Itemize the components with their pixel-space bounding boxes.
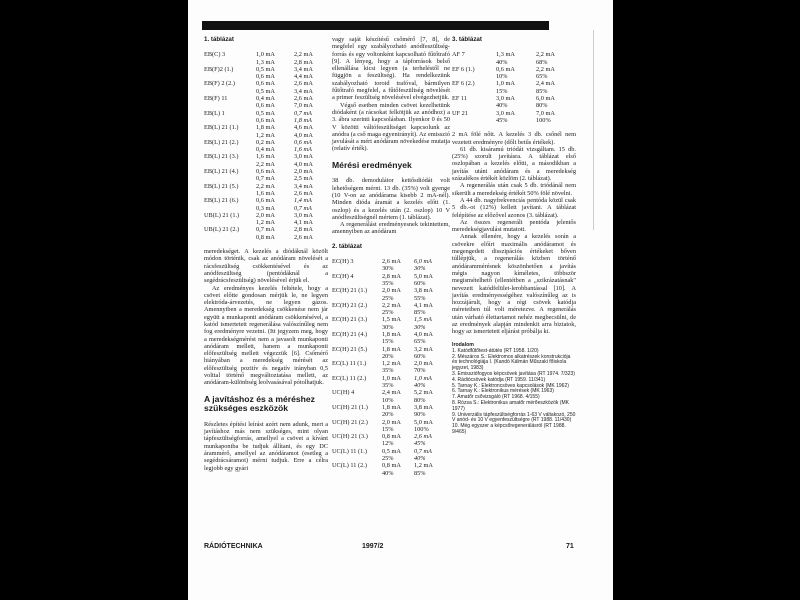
table-row: 30%30% (332, 324, 433, 331)
table-row: EB(F)2 (1.)0,5 mA3,4 mA (204, 66, 313, 73)
table-cell: 3,4 mA (294, 66, 313, 73)
table-cell: 40% (496, 59, 536, 66)
paragraph: Végső esetben minden csövet kezelhetünk … (332, 102, 450, 153)
table-row: EB(L) 21 (5.)2,2 mA3,4 mA (204, 183, 313, 190)
table-row: 15%100% (332, 426, 433, 433)
table-cell: 0,6 mA (256, 197, 294, 204)
table-cell: UC(L) 11 (1.) (332, 448, 382, 455)
table-cell: EB(F) 2 (2.) (204, 80, 256, 87)
table-cell: 1,8 mA (382, 331, 414, 338)
table-2: EC(H) 32,6 mA6,0 mA30%30%EC(H) 42,8 mA5,… (332, 258, 433, 477)
table-cell (332, 280, 382, 287)
table-cell: EC(L) 11 (1.) (332, 360, 382, 367)
scan-edge-line (593, 30, 594, 230)
table-row: UC(L) 11 (1.)0,5 mA0,7 mA (332, 448, 433, 455)
table-cell: EB(L) 21 (1.) (204, 124, 256, 131)
table-cell: 35% (382, 382, 414, 389)
table-cell: EB(L) 21 (5.) (204, 183, 256, 190)
table-cell: 2,6 mA (294, 190, 313, 197)
table-cell: 0,7 mA (256, 175, 294, 182)
table-cell: 30% (382, 324, 414, 331)
table-cell: 0,6 mA (294, 139, 313, 146)
table-cell: 20% (382, 411, 414, 418)
table-cell: 2,4 mA (382, 389, 414, 396)
table-cell: UB(L) 21 (2.) (204, 226, 256, 233)
table-row: 40%85% (332, 470, 433, 477)
table-cell: 0,8 mA (382, 433, 414, 440)
table-cell: UC(H) 4 (332, 389, 382, 396)
table-cell (204, 102, 256, 109)
paragraph: 2 mA fölé nőtt. A kezelés 3 db. csőnél n… (452, 131, 576, 146)
table-cell: 2,6 mA (294, 234, 313, 241)
table-row: 15%65% (332, 338, 433, 345)
table-cell: 0,7 mA (294, 205, 313, 212)
table-row: EC(H) 42,8 mA5,0 mA (332, 273, 433, 280)
table-row: UC(H) 21 (2.)2,0 mA5,0 mA (332, 419, 433, 426)
table-cell: EC(H) 21 (5.) (332, 346, 382, 353)
table-1-caption: 1. táblázat (204, 36, 328, 43)
table-cell: 2,4 mA (536, 80, 555, 87)
paragraph: 61 db. kisáramú triódát vizsgáltam. 15 d… (452, 146, 576, 182)
table-row: UC(H) 42,4 mA5,2 mA (332, 389, 433, 396)
table-cell: 60% (414, 353, 433, 360)
table-cell (452, 59, 496, 66)
table-row: EB(L) 21 (4.)0,6 mA2,0 mA (204, 168, 313, 175)
table-row: 0,6 mA4,4 mA (204, 73, 313, 80)
table-cell: 2,6 mA (294, 80, 313, 87)
table-cell: 4,1 mA (294, 219, 313, 226)
table-cell: 10% (496, 73, 536, 80)
table-row: EF 6 (2.)1,0 mA2,4 mA (452, 80, 555, 87)
header-bar (202, 21, 549, 30)
table-cell (452, 102, 496, 109)
table-row: 20%60% (332, 353, 433, 360)
table-cell (332, 338, 382, 345)
table-cell: EB(L) 21 (2.) (204, 139, 256, 146)
table-cell: 80% (414, 397, 433, 404)
table-cell: 2,0 mA (256, 212, 294, 219)
table-cell: 4,1 mA (414, 302, 433, 309)
table-cell: 2,2 mA (536, 66, 555, 73)
table-row: EB(L) 10,5 mA0,7 mA (204, 110, 313, 117)
table-cell (204, 88, 256, 95)
table-cell: 1,0 mA (256, 51, 294, 58)
table-row: EB(L) 21 (3.)1,6 mA3,0 mA (204, 153, 313, 160)
table-cell: 45% (414, 440, 433, 447)
table-cell (452, 117, 496, 124)
table-cell: 10% (382, 397, 414, 404)
paragraph: Az eredményes kezelés feltétele, hogy a … (204, 285, 328, 387)
reference-item: 10. Még egyszer a képcsőregenerálásról (… (452, 424, 576, 436)
table-row: EB(F) 110,4 mA2,6 mA (204, 95, 313, 102)
table-cell: EB(L) 21 (4.) (204, 168, 256, 175)
table-cell: 1,8 mA (256, 124, 294, 131)
table-cell: 40% (496, 102, 536, 109)
table-cell: 1,8 mA (382, 346, 414, 353)
table-cell: 1,8 mA (294, 117, 313, 124)
table-cell: 1,0 mA (496, 80, 536, 87)
magazine-page: 1. táblázat EB(C) 31,0 mA2,2 mA1,3 mA2,8… (188, 0, 613, 600)
table-cell (204, 132, 256, 139)
table-cell: 100% (536, 117, 555, 124)
table-row: 0,8 mA2,6 mA (204, 234, 313, 241)
table-cell: 40% (414, 455, 433, 462)
table-cell: 85% (536, 88, 555, 95)
table-cell: 3,4 mA (294, 88, 313, 95)
table-cell: 25% (382, 295, 414, 302)
table-cell: 0,7 mA (256, 226, 294, 233)
table-cell: 35% (382, 367, 414, 374)
table-cell (204, 175, 256, 182)
table-row: 35%60% (332, 280, 433, 287)
table-cell (452, 73, 496, 80)
table-cell (204, 117, 256, 124)
table-cell (332, 440, 382, 447)
table-row: 1,6 mA2,6 mA (204, 190, 313, 197)
table-cell: EC(H) 21 (2.) (332, 302, 382, 309)
table-cell: 55% (414, 295, 433, 302)
table-cell: 40% (382, 470, 414, 477)
table-cell (204, 73, 256, 80)
table-cell: 0,5 mA (256, 110, 294, 117)
table-3: AF 71,3 mA2,2 mA40%68%EF 6 (1.)0,6 mA2,2… (452, 51, 555, 124)
table-cell: 3,8 mA (414, 404, 433, 411)
column-2: vagy saját készítésű csőmérő [7, 8], de … (332, 36, 450, 477)
table-cell: 0,3 mA (256, 205, 294, 212)
table-row: EB(F) 2 (2.)0,6 mA2,6 mA (204, 80, 313, 87)
table-cell (332, 455, 382, 462)
table-cell: 0,6 mA (496, 66, 536, 73)
table-cell: 0,8 mA (256, 234, 294, 241)
table-row: AF 71,3 mA2,2 mA (452, 51, 555, 58)
table-cell: 2,0 mA (414, 360, 433, 367)
table-cell: 4,0 mA (294, 161, 313, 168)
table-row: 40%80% (452, 102, 555, 109)
table-cell: UC(H) 21 (1.) (332, 404, 382, 411)
table-cell: 0,2 mA (256, 139, 294, 146)
table-cell: EC(L) 11 (2.) (332, 375, 382, 382)
reference-item: 2. Mészáros S.: Elektromos alkatrészek k… (452, 355, 576, 372)
table-cell: 2,8 mA (382, 273, 414, 280)
table-cell: 80% (536, 102, 555, 109)
table-cell: EC(H) 3 (332, 258, 382, 265)
table-cell: EB(L) 1 (204, 110, 256, 117)
table-cell: 85% (414, 309, 433, 316)
table-cell: EC(H) 21 (1.) (332, 287, 382, 294)
table-cell: 2,8 mA (294, 59, 313, 66)
table-row: EC(L) 11 (2.)1,0 mA1,0 mA (332, 375, 433, 382)
magazine-name: RÁDIÓTECHNIKA (204, 543, 263, 550)
paragraph: meredekséget. A kezelés a diódáknál közö… (204, 248, 328, 284)
table-cell (332, 397, 382, 404)
table-row: 15%85% (452, 88, 555, 95)
table-cell: 70% (414, 367, 433, 374)
table-cell: 40% (414, 382, 433, 389)
table-cell: 1,6 mA (256, 153, 294, 160)
table-cell (332, 265, 382, 272)
table-cell: 2,2 mA (256, 183, 294, 190)
table-row: 25%85% (332, 309, 433, 316)
table-row: 0,6 mA7,0 mA (204, 102, 313, 109)
table-cell: EF 6 (2.) (452, 80, 496, 87)
table-cell: 0,8 mA (382, 462, 414, 469)
table-2-caption: 2. táblázat (332, 243, 450, 250)
section-heading: Mérési eredmények (332, 161, 450, 171)
table-row: 1,2 mA4,1 mA (204, 219, 313, 226)
table-cell: EC(H) 21 (3.) (332, 316, 382, 323)
table-cell: 60% (414, 280, 433, 287)
table-cell: 30% (414, 324, 433, 331)
table-cell: 25% (382, 455, 414, 462)
table-row: 25%55% (332, 295, 433, 302)
table-cell: 0,5 mA (382, 448, 414, 455)
column-3: 3. táblázat AF 71,3 mA2,2 mA40%68%EF 6 (… (452, 36, 576, 436)
table-row: 35%70% (332, 367, 433, 374)
table-cell: 20% (382, 353, 414, 360)
table-row: EB(L) 21 (6.)0,6 mA1,4 mA (204, 197, 313, 204)
table-cell: 0,6 mA (256, 117, 294, 124)
table-cell: 2,2 mA (536, 51, 555, 58)
table-cell (204, 161, 256, 168)
table-cell: 3,4 mA (294, 183, 313, 190)
table-cell: 90% (414, 411, 433, 418)
table-cell: 4,0 mA (294, 132, 313, 139)
table-cell: 2,5 mA (294, 175, 313, 182)
paragraph: A regenerálás után csak 5 db. triódánál … (452, 182, 576, 197)
table-cell: UC(L) 11 (2.) (332, 462, 382, 469)
table-cell: 4,4 mA (294, 73, 313, 80)
table-cell: 2,6 mA (294, 95, 313, 102)
table-row: 45%100% (452, 117, 555, 124)
table-cell: UF 21 (452, 110, 496, 117)
table-cell: 1,2 mA (382, 360, 414, 367)
table-cell: 45% (496, 117, 536, 124)
table-cell: 1,3 mA (496, 51, 536, 58)
paragraph: vagy saját készítésű csőmérő [7, 8], de … (332, 36, 450, 102)
table-cell (332, 426, 382, 433)
table-row: EB(L) 21 (1.)1,8 mA4,6 mA (204, 124, 313, 131)
table-row: 0,7 mA2,5 mA (204, 175, 313, 182)
table-cell: 1,5 mA (414, 316, 433, 323)
table-row: EC(H) 21 (1.)2,0 mA3,8 mA (332, 287, 433, 294)
table-1: EB(C) 31,0 mA2,2 mA1,3 mA2,8 mAEB(F)2 (1… (204, 51, 313, 241)
table-cell: 0,4 mA (256, 95, 294, 102)
table-cell (332, 382, 382, 389)
table-row: EC(H) 32,6 mA6,0 mA (332, 258, 433, 265)
table-cell: 2,2 mA (294, 51, 313, 58)
table-cell: 0,6 mA (256, 102, 294, 109)
table-cell: 1,4 mA (294, 197, 313, 204)
table-cell: 65% (536, 73, 555, 80)
paragraph: Az összes regenerált pentóda jelentős me… (452, 219, 576, 234)
table-row: EB(C) 31,0 mA2,2 mA (204, 51, 313, 58)
table-cell: 15% (382, 338, 414, 345)
table-cell: 2,6 mA (382, 258, 414, 265)
table-row: EC(H) 21 (3.)1,5 mA1,5 mA (332, 316, 433, 323)
table-cell: EF 11 (452, 95, 496, 102)
table-cell (332, 324, 382, 331)
table-cell: 2,0 mA (382, 287, 414, 294)
table-cell (204, 146, 256, 153)
table-cell: 85% (414, 470, 433, 477)
table-cell (332, 309, 382, 316)
table-row: 1,3 mA2,8 mA (204, 59, 313, 66)
table-cell: 1,6 mA (294, 146, 313, 153)
table-cell (204, 59, 256, 66)
table-row: EF 113,0 mA6,0 mA (452, 95, 555, 102)
table-row: 1,2 mA4,0 mA (204, 132, 313, 139)
table-cell: 25% (382, 309, 414, 316)
table-row: EC(L) 11 (1.)1,2 mA2,0 mA (332, 360, 433, 367)
table-cell: 0,4 mA (256, 146, 294, 153)
table-cell: 65% (414, 338, 433, 345)
table-cell: 2,6 mA (414, 433, 433, 440)
table-row: 12%45% (332, 440, 433, 447)
table-cell: 6,0 mA (414, 258, 433, 265)
table-cell: 100% (414, 426, 433, 433)
table-cell: 0,6 mA (256, 168, 294, 175)
table-row: 35%40% (332, 382, 433, 389)
table-row: 40%68% (452, 59, 555, 66)
table-cell: 5,0 mA (414, 273, 433, 280)
table-cell: UC(H) 21 (2.) (332, 419, 382, 426)
column-1: 1. táblázat EB(C) 31,0 mA2,2 mA1,3 mA2,8… (204, 36, 328, 472)
table-cell: 0,5 mA (256, 88, 294, 95)
table-row: UC(H) 21 (3.)0,8 mA2,6 mA (332, 433, 433, 440)
table-row: 30%30% (332, 265, 433, 272)
table-cell: 0,6 mA (256, 73, 294, 80)
table-row: 0,4 mA1,6 mA (204, 146, 313, 153)
paragraph: Annak ellenére, hogy a kezelés során a c… (452, 233, 576, 335)
table-cell: 1,2 mA (256, 132, 294, 139)
table-cell: EB(C) 3 (204, 51, 256, 58)
table-cell (332, 411, 382, 418)
table-row: 0,3 mA0,7 mA (204, 205, 313, 212)
table-cell (332, 353, 382, 360)
table-cell: 1,0 mA (414, 375, 433, 382)
table-cell: 2,2 mA (382, 302, 414, 309)
table-cell: 0,7 mA (294, 110, 313, 117)
table-row: 0,5 mA3,4 mA (204, 88, 313, 95)
table-cell: EB(L) 21 (3.) (204, 153, 256, 160)
table-cell: 5,2 mA (414, 389, 433, 396)
table-cell: 3,0 mA (294, 212, 313, 219)
table-cell: 0,6 mA (256, 80, 294, 87)
table-row: EC(H) 21 (2.)2,2 mA4,1 mA (332, 302, 433, 309)
table-cell: 3,0 mA (496, 110, 536, 117)
table-cell: 2,0 mA (294, 168, 313, 175)
table-cell: 68% (536, 59, 555, 66)
table-cell: EC(H) 21 (4.) (332, 331, 382, 338)
table-cell: 1,2 mA (414, 462, 433, 469)
reference-item: 8. Rózsa S.: Elektronikus amatőr mérőesz… (452, 401, 576, 413)
table-cell: 1,0 mA (382, 375, 414, 382)
table-cell: 35% (382, 280, 414, 287)
table-row: 10%65% (452, 73, 555, 80)
table-cell: UB(L) 21 (1.) (204, 212, 256, 219)
table-cell: AF 7 (452, 51, 496, 58)
table-row: 0,6 mA1,8 mA (204, 117, 313, 124)
table-cell: EB(L) 21 (6.) (204, 197, 256, 204)
references-list: 1. Katódfűtőtest-átütés (RT 1958. 1/20)2… (452, 349, 576, 436)
paragraph: Részletes építési leírást azért nem adun… (204, 421, 328, 472)
table-cell: EC(H) 4 (332, 273, 382, 280)
table-cell: 1,8 mA (382, 404, 414, 411)
table-cell: 6,0 mA (536, 95, 555, 102)
table-row: 25%40% (332, 455, 433, 462)
table-row: UB(L) 21 (1.)2,0 mA3,0 mA (204, 212, 313, 219)
table-cell (332, 470, 382, 477)
table-cell: UC(H) 21 (3.) (332, 433, 382, 440)
table-row: UC(H) 21 (1.)1,8 mA3,8 mA (332, 404, 433, 411)
table-cell: 4,0 mA (414, 331, 433, 338)
paragraph: 38 db. demodulátor kettősdiódát volt leh… (332, 177, 450, 221)
table-cell: 30% (414, 265, 433, 272)
table-row: EF 6 (1.)0,6 mA2,2 mA (452, 66, 555, 73)
table-cell: EF 6 (1.) (452, 66, 496, 73)
table-cell: 7,0 mA (294, 102, 313, 109)
paragraph: A 44 db. nagyfrekvenciás pentóda közül c… (452, 197, 576, 219)
table-cell: 5,0 mA (414, 419, 433, 426)
table-row: EB(L) 21 (2.)0,2 mA0,6 mA (204, 139, 313, 146)
table-cell: 0,7 mA (414, 448, 433, 455)
table-cell: 1,6 mA (256, 190, 294, 197)
table-cell: EB(F)2 (1.) (204, 66, 256, 73)
table-cell (204, 205, 256, 212)
paragraph: A regenerálást eredményesnek tekintettem… (332, 221, 450, 236)
issue-number: 1997/2 (362, 543, 383, 550)
table-cell (332, 295, 382, 302)
table-cell: 15% (382, 426, 414, 433)
section-heading: A javításhoz és a méréshez szükséges esz… (204, 395, 328, 414)
table-cell: 3,0 mA (496, 95, 536, 102)
table-cell: 15% (496, 88, 536, 95)
table-cell: 0,5 mA (256, 66, 294, 73)
table-cell (204, 190, 256, 197)
table-cell (204, 219, 256, 226)
table-cell: EB(F) 11 (204, 95, 256, 102)
table-cell (452, 88, 496, 95)
table-3-caption: 3. táblázat (452, 36, 576, 43)
table-cell: 1,5 mA (382, 316, 414, 323)
table-row: 2,2 mA4,0 mA (204, 161, 313, 168)
table-cell: 3,8 mA (414, 287, 433, 294)
table-row: 20%90% (332, 411, 433, 418)
table-cell: 1,3 mA (256, 59, 294, 66)
table-cell (204, 234, 256, 241)
table-row: UC(L) 11 (2.)0,8 mA1,2 mA (332, 462, 433, 469)
table-cell: 4,6 mA (294, 124, 313, 131)
table-row: UF 213,0 mA7,0 mA (452, 110, 555, 117)
table-cell: 2,0 mA (382, 419, 414, 426)
table-cell: 30% (382, 265, 414, 272)
table-cell: 2,2 mA (256, 161, 294, 168)
page-number: 71 (566, 543, 574, 550)
table-cell: 3,0 mA (294, 153, 313, 160)
table-row: UB(L) 21 (2.)0,7 mA2,8 mA (204, 226, 313, 233)
table-row: EC(H) 21 (5.)1,8 mA3,2 mA (332, 346, 433, 353)
table-cell: 3,2 mA (414, 346, 433, 353)
table-cell: 7,0 mA (536, 110, 555, 117)
table-cell: 12% (382, 440, 414, 447)
table-row: 10%80% (332, 397, 433, 404)
table-cell: 2,8 mA (294, 226, 313, 233)
table-cell: 1,2 mA (256, 219, 294, 226)
table-row: EC(H) 21 (4.)1,8 mA4,0 mA (332, 331, 433, 338)
table-cell (332, 367, 382, 374)
